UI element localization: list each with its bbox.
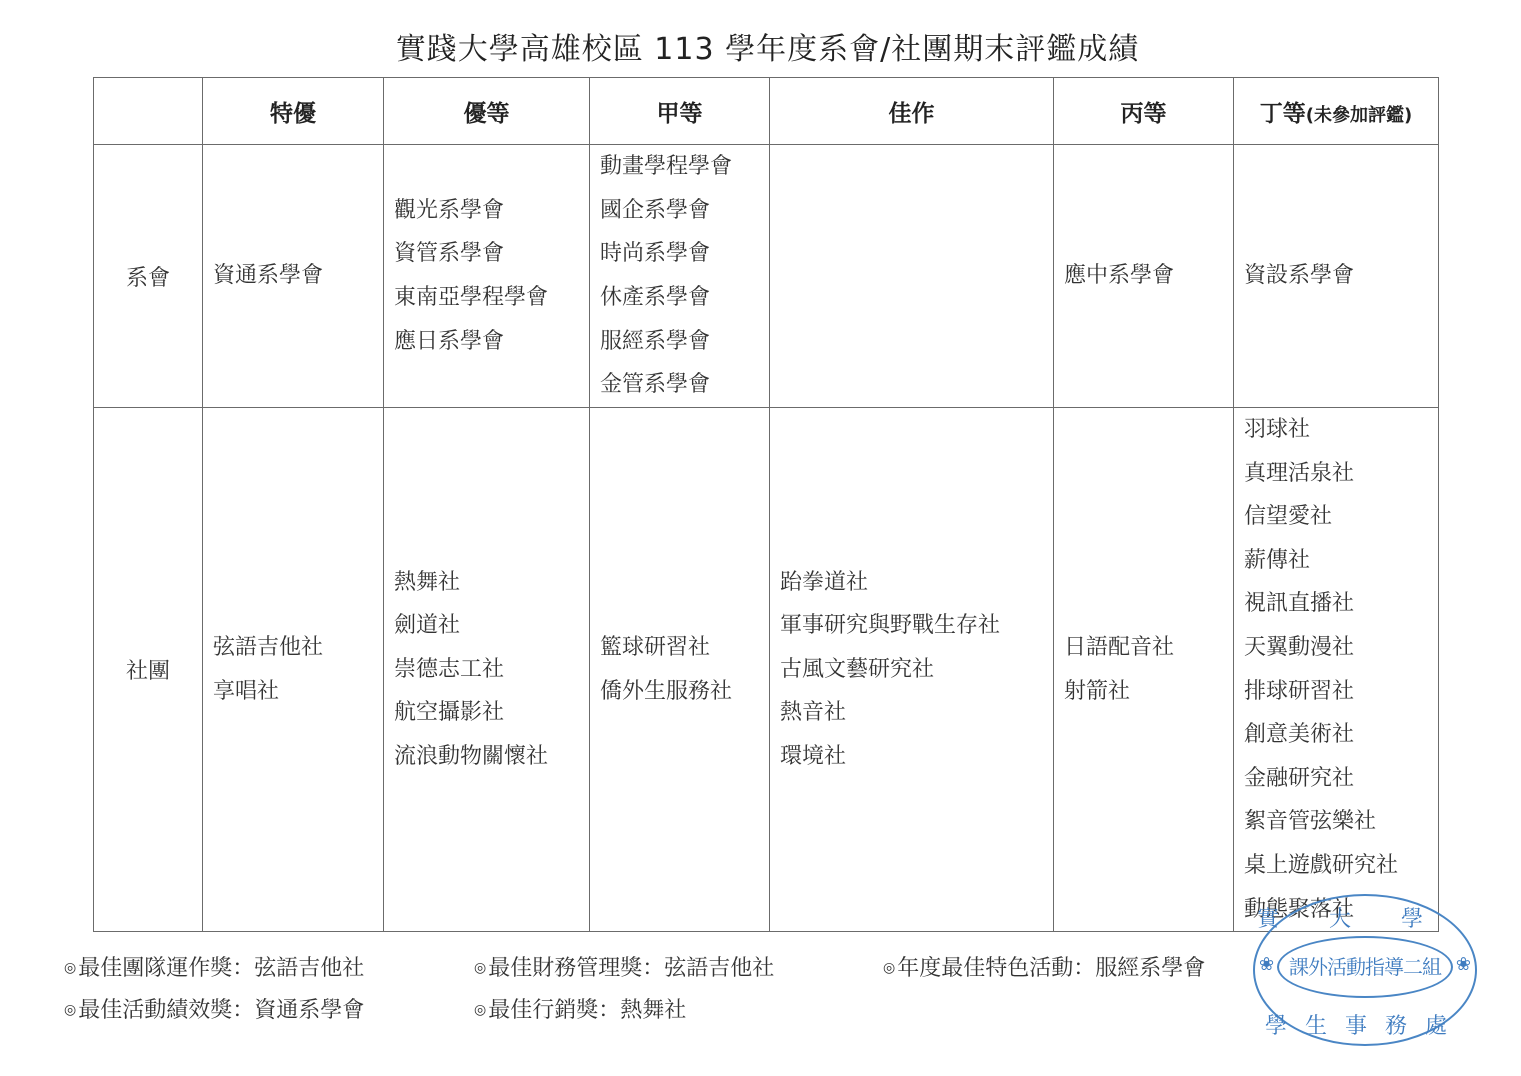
award-label: 最佳團隊運作獎：弦語吉他社 (78, 956, 364, 981)
stamp-bottom-text: 學生事務處 (1255, 1009, 1475, 1040)
cell-excellent: 觀光系學會資管系學會東南亞學程學會應日系學會 (384, 145, 590, 408)
list-item: 籃球研習社 (600, 626, 769, 670)
list-item: 弦語吉他社 (213, 626, 383, 670)
stamp-top-text: 實大學 (1255, 902, 1475, 933)
list-item: 國企系學會 (600, 189, 769, 233)
cell-grade-d: 資設系學會 (1234, 145, 1439, 408)
official-seal-stamp: 實大學 ❀ 課外活動指導二組 ❀ 學生事務處 (1253, 894, 1477, 1046)
table-row-clubs: 社團 弦語吉他社享唱社 熱舞社劍道社崇德志工社航空攝影社流浪動物關懷社 籃球研習… (94, 408, 1439, 932)
award-label: 最佳活動績效獎：資通系學會 (78, 998, 364, 1023)
list-item: 環境社 (780, 735, 1053, 779)
list-item: 流浪動物關懷社 (394, 735, 589, 779)
list-item: 信望愛社 (1244, 495, 1438, 539)
list-item: 射箭社 (1064, 670, 1233, 714)
list-item: 資設系學會 (1244, 254, 1438, 298)
evaluation-results-table: 特優 優等 甲等 佳作 丙等 丁等(未參加評鑑) 系會 資通系學會 觀光系學會資… (93, 77, 1439, 932)
list-item: 金管系學會 (600, 363, 769, 407)
award-best-marketing: ◎最佳行銷獎：熱舞社 (474, 993, 686, 1024)
cell-grade-c: 日語配音社射箭社 (1054, 408, 1234, 932)
cell-excellent: 熱舞社劍道社崇德志工社航空攝影社流浪動物關懷社 (384, 408, 590, 932)
list-item: 創意美術社 (1244, 713, 1438, 757)
list-item: 金融研究社 (1244, 757, 1438, 801)
header-grade-d: 丁等(未參加評鑑) (1234, 78, 1439, 145)
award-best-featured-activity: ◎年度最佳特色活動：服經系學會 (883, 951, 1205, 982)
cell-grade-d: 羽球社真理活泉社信望愛社薪傳社視訊直播社天翼動漫社排球研習社創意美術社金融研究社… (1234, 408, 1439, 932)
list-item: 航空攝影社 (394, 691, 589, 735)
list-item: 絮音管弦樂社 (1244, 800, 1438, 844)
list-item: 應日系學會 (394, 320, 589, 364)
list-item: 羽球社 (1244, 408, 1438, 452)
header-grade-d-note: (未參加評鑑) (1306, 105, 1412, 126)
list-item: 日語配音社 (1064, 626, 1233, 670)
header-blank (94, 78, 203, 145)
list-item: 排球研習社 (1244, 670, 1438, 714)
bullet-icon: ◎ (474, 960, 486, 976)
award-best-teamwork: ◎最佳團隊運作獎：弦語吉他社 (64, 951, 364, 982)
row-label: 系會 (94, 145, 203, 408)
list-item: 應中系學會 (1064, 254, 1233, 298)
header-grade-d-label: 丁等 (1260, 101, 1306, 127)
award-label: 最佳行銷獎：熱舞社 (488, 998, 686, 1023)
award-label: 年度最佳特色活動：服經系學會 (897, 956, 1205, 981)
list-item: 熱舞社 (394, 561, 589, 605)
cell-merit: 跆拳道社軍事研究與野戰生存社古風文藝研究社熱音社環境社 (770, 408, 1054, 932)
header-row: 特優 優等 甲等 佳作 丙等 丁等(未參加評鑑) (94, 78, 1439, 145)
list-item: 熱音社 (780, 691, 1053, 735)
plum-blossom-icon: ❀ (1456, 954, 1471, 975)
list-item: 跆拳道社 (780, 561, 1053, 605)
list-item: 動畫學程學會 (600, 145, 769, 189)
header-excellent: 優等 (384, 78, 590, 145)
cell-grade-c: 應中系學會 (1054, 145, 1234, 408)
document-title: 實踐大學高雄校區 113 學年度系會/社團期末評鑑成績 (0, 24, 1521, 68)
list-item: 服經系學會 (600, 320, 769, 364)
header-special-excellent: 特優 (203, 78, 384, 145)
award-label: 最佳財務管理獎：弦語吉他社 (488, 956, 774, 981)
list-item: 休產系學會 (600, 276, 769, 320)
cell-grade-a: 動畫學程學會國企系學會時尚系學會休產系學會服經系學會金管系學會 (590, 145, 770, 408)
list-item: 天翼動漫社 (1244, 626, 1438, 670)
award-best-activity-performance: ◎最佳活動績效獎：資通系學會 (64, 993, 364, 1024)
list-item: 觀光系學會 (394, 189, 589, 233)
stamp-center-text: 課外活動指導二組 (1277, 936, 1453, 998)
list-item: 軍事研究與野戰生存社 (780, 604, 1053, 648)
cell-grade-a: 籃球研習社僑外生服務社 (590, 408, 770, 932)
list-item: 資管系學會 (394, 232, 589, 276)
list-item: 真理活泉社 (1244, 452, 1438, 496)
list-item: 東南亞學程學會 (394, 276, 589, 320)
row-label: 社團 (94, 408, 203, 932)
cell-special-excellent: 資通系學會 (203, 145, 384, 408)
list-item: 時尚系學會 (600, 232, 769, 276)
bullet-icon: ◎ (474, 1002, 486, 1018)
header-grade-a: 甲等 (590, 78, 770, 145)
list-item: 資通系學會 (213, 254, 383, 298)
plum-blossom-icon: ❀ (1259, 954, 1274, 975)
header-grade-c: 丙等 (1054, 78, 1234, 145)
list-item: 享唱社 (213, 670, 383, 714)
list-item: 桌上遊戲研究社 (1244, 844, 1438, 888)
award-best-financial-management: ◎最佳財務管理獎：弦語吉他社 (474, 951, 774, 982)
list-item: 劍道社 (394, 604, 589, 648)
list-item: 崇德志工社 (394, 648, 589, 692)
list-item: 古風文藝研究社 (780, 648, 1053, 692)
table-row-department-associations: 系會 資通系學會 觀光系學會資管系學會東南亞學程學會應日系學會 動畫學程學會國企… (94, 145, 1439, 408)
cell-merit (770, 145, 1054, 408)
list-item: 視訊直播社 (1244, 582, 1438, 626)
bullet-icon: ◎ (64, 1002, 76, 1018)
bullet-icon: ◎ (64, 960, 76, 976)
bullet-icon: ◎ (883, 960, 895, 976)
header-merit: 佳作 (770, 78, 1054, 145)
cell-special-excellent: 弦語吉他社享唱社 (203, 408, 384, 932)
list-item: 僑外生服務社 (600, 670, 769, 714)
list-item: 薪傳社 (1244, 539, 1438, 583)
